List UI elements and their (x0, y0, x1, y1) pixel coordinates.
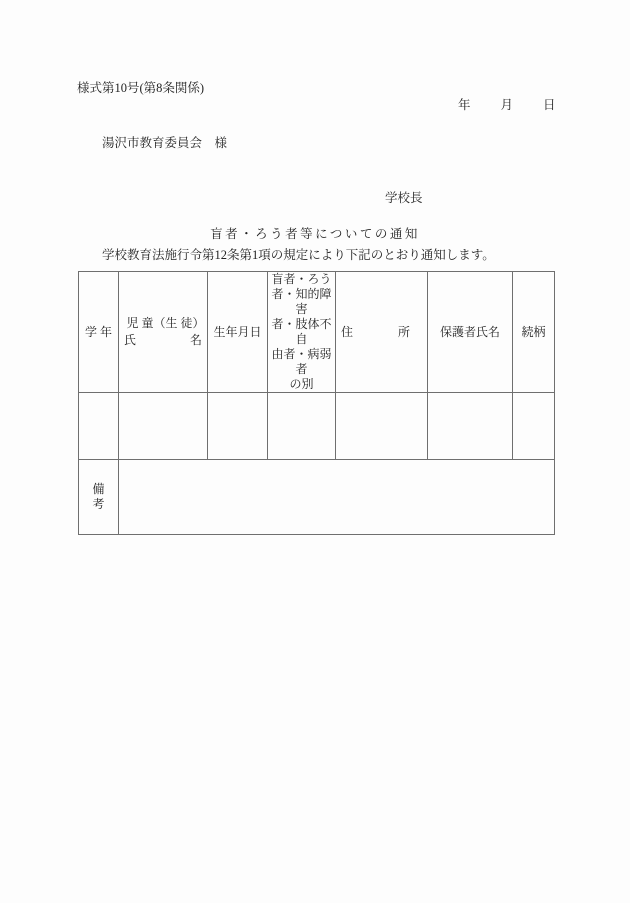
student-name-header-shi: 氏 (124, 333, 136, 348)
address-header-wrap: 住 所 (336, 325, 427, 340)
category-field (268, 393, 336, 460)
month-label: 月 (501, 98, 514, 113)
header-address-cell: 住 所 (336, 272, 428, 393)
student-name-header-mei: 名 (190, 333, 202, 348)
document-page: 様式第10号(第8条関係) 年 月 日 湯沢市教育委員会 様 学校長 盲者・ろう… (0, 0, 630, 903)
remarks-value-cell (119, 460, 555, 535)
header-grade-cell: 学 年 (79, 272, 119, 393)
document-title: 盲者・ろう者等についての通知 (0, 227, 630, 242)
instruction-text: 学校教育法施行令第12条第1項の規定により下記のとおり通知します。 (102, 248, 495, 263)
day-label: 日 (543, 98, 556, 113)
table-blank-entry-row (79, 393, 555, 460)
sender-title-label: 学校長 (385, 191, 423, 206)
header-birthdate-cell: 生年月日 (208, 272, 268, 393)
guardian-field (428, 393, 513, 460)
student-name-header-line1: 児 童（生 徒） (119, 316, 207, 331)
address-header-ju: 住 (341, 325, 353, 340)
addressee-label: 湯沢市教育委員会 様 (102, 136, 227, 151)
grade-field (79, 393, 119, 460)
student-name-field (119, 393, 208, 460)
remarks-label-cell: 備 考 (79, 460, 119, 535)
header-student-name-cell: 児 童（生 徒） 氏 名 (119, 272, 208, 393)
year-label: 年 (458, 98, 471, 113)
form-number-label: 様式第10号(第8条関係) (77, 81, 204, 96)
header-guardian-cell: 保護者氏名 (428, 272, 513, 393)
notification-table: 学 年 児 童（生 徒） 氏 名 生年月日 盲者・ろう 者・知的障害 者・肢体不… (78, 271, 555, 535)
header-category-cell: 盲者・ろう 者・知的障害 者・肢体不自 由者・病弱者 の別 (268, 272, 336, 393)
date-line: 年 月 日 (458, 98, 556, 113)
relationship-field (513, 393, 555, 460)
student-name-header-line2: 氏 名 (119, 333, 207, 348)
birthdate-field (208, 393, 268, 460)
address-header-sho: 所 (398, 325, 410, 340)
address-field (336, 393, 428, 460)
table-header-row: 学 年 児 童（生 徒） 氏 名 生年月日 盲者・ろう 者・知的障害 者・肢体不… (79, 272, 555, 393)
table-remarks-row: 備 考 (79, 460, 555, 535)
header-relationship-cell: 続柄 (513, 272, 555, 393)
